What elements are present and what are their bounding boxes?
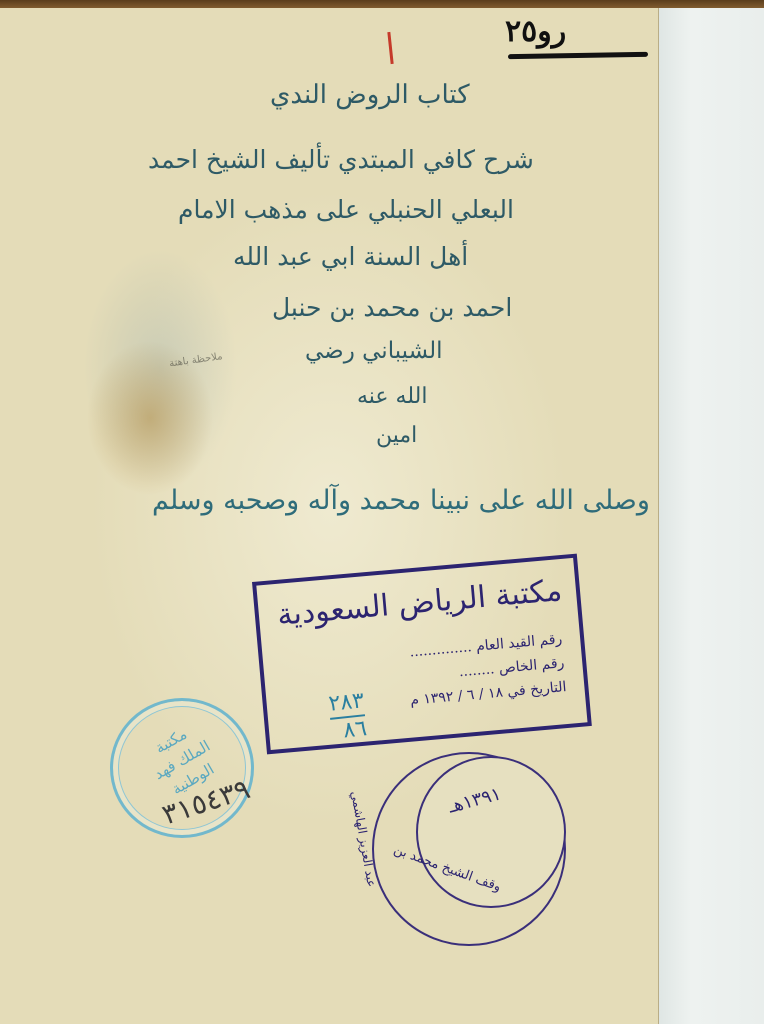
library-stamp-row-general: رقم القيد العام .............. <box>409 631 563 660</box>
title-line-7: الله عنه <box>357 384 427 409</box>
title-line-4: أهل السنة ابي عبد الله <box>233 242 468 271</box>
title-line-6: الشيباني رضي <box>305 338 443 364</box>
handwritten-register-number: ٢٨٣ ٨٦ <box>327 688 368 744</box>
flyleaf-paper <box>658 8 764 1024</box>
library-stamp-row-date: التاريخ في ١٨ / ٦ / ١٣٩٢ م <box>410 679 567 709</box>
title-line-8: امين <box>376 423 417 448</box>
closing-blessing: وصلى الله على نبينا محمد وآله وصحبه وسلم <box>152 485 650 516</box>
faded-marginal-note: ملاحظة باهتة <box>73 350 237 480</box>
library-stamp-title: مكتبة الرياض السعودية <box>276 573 564 633</box>
folio-number: رو٢٥ <box>505 14 566 49</box>
title-line-2: شرح كافي المبتدي تأليف الشيخ احمد <box>148 145 534 174</box>
title-line-5: احمد بن محمد بن حنبل <box>272 293 512 322</box>
title-line-1: كتاب الروض الندي <box>270 80 470 110</box>
library-stamp-row-special: رقم الخاص ........ <box>458 655 565 680</box>
title-line-3: البعلي الحنبلي على مذهب الامام <box>178 195 514 224</box>
library-stamp: مكتبة الرياض السعودية رقم القيد العام ..… <box>252 554 592 755</box>
